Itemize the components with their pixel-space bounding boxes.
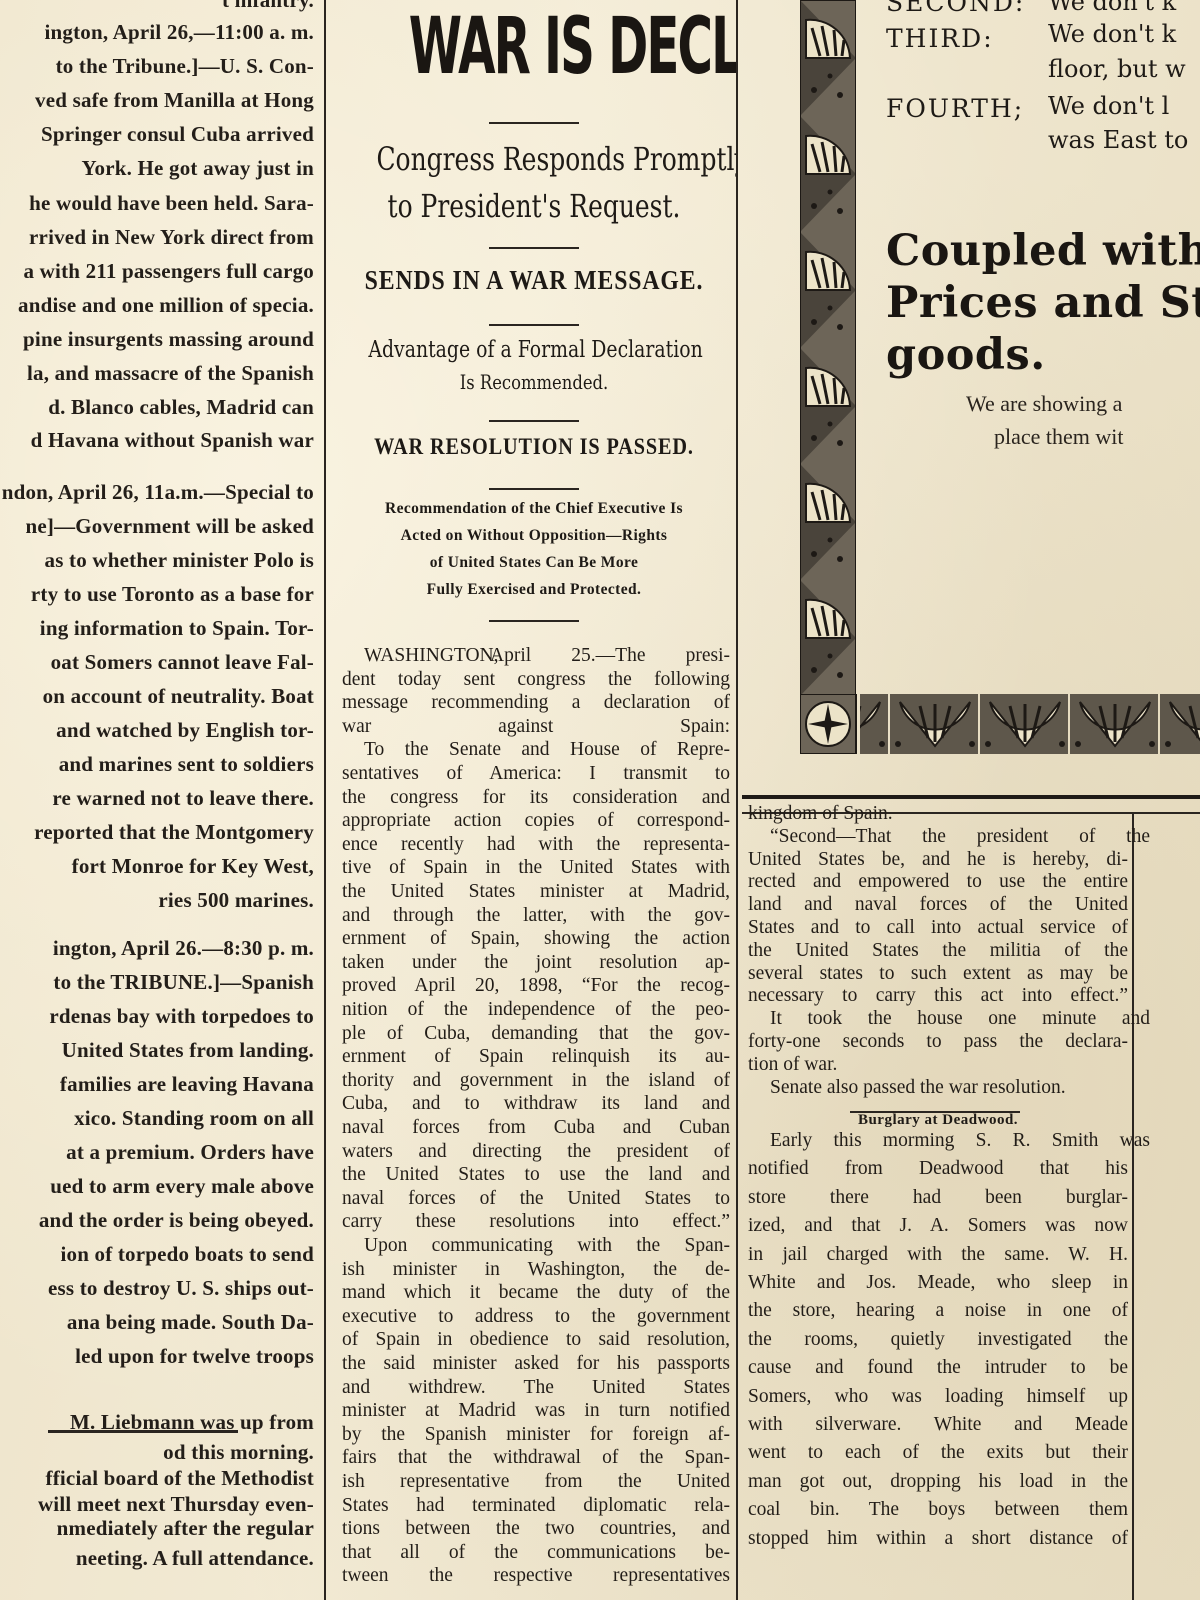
text-line: ndon, April 26, 11a.m.—Special to: [2, 480, 314, 505]
text-line: several states to such extent as may be: [748, 963, 1128, 985]
text-line: man got out, dropping his load in the: [748, 1471, 1128, 1493]
ad-headline-3: goods.: [886, 330, 1046, 380]
text-line: message recommending a declaration of: [342, 692, 730, 714]
ad-text: We don't k: [1048, 0, 1176, 16]
text-line: naval forces of the United States to: [342, 1188, 730, 1210]
text-line: la, and massacre of the Spanish: [27, 361, 314, 386]
text-line: tive of Spain in the United States with: [342, 857, 730, 879]
text-line: he would have been held. Sara-: [29, 191, 314, 216]
deck-formal-declaration-1: Advantage of a Formal Declaration: [368, 337, 699, 363]
text-line: stopped him within a short distance of: [748, 1528, 1128, 1550]
burglary-heading: Burglary at Deadwood.: [748, 1112, 1128, 1129]
deck-rule: [489, 247, 579, 249]
text-line: ing information to Spain. Tor-: [40, 616, 314, 641]
text-line: cause and found the intruder to be: [748, 1357, 1128, 1379]
text-line: To the Senate and House of Repre-: [342, 739, 730, 761]
text-line: store there had been burglar-: [748, 1187, 1128, 1209]
text-line: rected and empowered to use the entire: [748, 871, 1128, 893]
deck-rule: [489, 324, 579, 326]
text-line: ple of Cuba, demanding that the gov-: [342, 1023, 730, 1045]
text-line: will meet next Thursday even-: [38, 1492, 314, 1517]
text-line: proved April 20, 1898, “For the recog-: [342, 975, 730, 997]
section-rule-thick: [742, 795, 1200, 799]
text-line: necessary to carry this act into effect.…: [748, 985, 1128, 1007]
text-line: and watched by English tor-: [56, 718, 314, 743]
text-line: ana being made. South Da-: [67, 1310, 314, 1335]
column-separator-rule: [48, 1430, 238, 1433]
text-line: ish minister in Washington, the de-: [342, 1259, 730, 1281]
text-line: minister at Madrid was in turn notified: [342, 1400, 730, 1422]
text-line: pine insurgents massing around: [23, 327, 314, 352]
text-line: ence recently had with the representa-: [342, 834, 730, 856]
text-line: States and to call into actual service o…: [748, 917, 1128, 939]
text-line: Early this morming S. R. Smith was: [748, 1130, 1150, 1152]
left-news-column: t infantry.ington, April 26,—11:00 a. m.…: [0, 0, 322, 1600]
war-declared-article: WAR IS DECLARED. Congress Responds Promp…: [332, 0, 736, 1600]
text-line: the congress for its consideration and: [342, 787, 730, 809]
deck-rule: [489, 420, 579, 422]
text-line: United States from landing.: [62, 1038, 314, 1063]
text-line: land and naval forces of the United: [748, 894, 1128, 916]
text-line: ernment of Spain, showing the action: [342, 928, 730, 950]
text-line: the United States minister at Madrid,: [342, 881, 730, 903]
text-line: families are leaving Havana: [60, 1072, 314, 1097]
text-line: mand which it became the duty of the: [342, 1282, 730, 1304]
text-line: neeting. A full attendance.: [76, 1546, 314, 1571]
text-line: Upon communicating with the Span-: [342, 1235, 730, 1257]
text-line: It took the house one minute and: [748, 1008, 1150, 1030]
text-line: in jail charged with the same. W. H.: [748, 1244, 1128, 1266]
text-line: and withdrew. The United States: [342, 1377, 730, 1399]
summary-line-1: Recommendation of the Chief Executive Is: [332, 500, 736, 518]
ad-text: was East to: [1048, 126, 1188, 154]
text-line: ries 500 marines.: [158, 888, 314, 913]
text-line: at a premium. Orders have: [66, 1140, 314, 1165]
subhead-resolution-passed: WAR RESOLUTION IS PASSED.: [356, 434, 712, 460]
text-line: ued to arm every male above: [50, 1174, 314, 1199]
text-line: d Havana without Spanish war: [31, 428, 314, 453]
text-line: with silverware. White and Meade: [748, 1414, 1128, 1436]
text-line: Somers, who was loading himself up: [748, 1386, 1128, 1408]
text-line: of Spain in obedience to said resolution…: [342, 1329, 730, 1351]
text-line: ernment of Spain relinquish its au-: [342, 1046, 730, 1068]
column-rule-center: [736, 0, 738, 1600]
text-line: April 25.—The presi-: [490, 645, 730, 667]
text-line: ion of torpedo boats to send: [60, 1242, 314, 1267]
text-line: ington, April 26,—11:00 a. m.: [45, 20, 315, 45]
text-line: xico. Standing room on all: [74, 1106, 314, 1131]
ad-label-second: SECOND:: [886, 0, 1025, 17]
text-line: tions between the two countries, and: [342, 1518, 730, 1540]
text-line: re warned not to leave there.: [52, 786, 314, 811]
ad-headline-2: Prices and St: [886, 278, 1200, 328]
text-line: White and Jos. Meade, who sleep in: [748, 1272, 1128, 1294]
summary-line-3: of United States Can Be More: [332, 554, 736, 572]
text-line: nition of the independence of the peo-: [342, 999, 730, 1021]
text-line: Cuba, and to withdraw its land and: [342, 1093, 730, 1115]
text-line: executive to address to the government: [342, 1306, 730, 1328]
text-line: to the Tribune.]—U. S. Con-: [56, 54, 314, 79]
text-line: ved safe from Manilla at Hong: [35, 88, 314, 113]
summary-line-2: Acted on Without Opposition—Rights: [332, 527, 736, 545]
text-line: by the Spanish minister for foreign af-: [342, 1424, 730, 1446]
text-line: thority and government in the island of: [342, 1070, 730, 1092]
text-line: that all of the communications be-: [342, 1542, 730, 1564]
text-line: kingdom of Spain.: [748, 803, 1128, 825]
text-line: od this morning.: [163, 1440, 314, 1465]
text-line: a with 211 passengers full cargo: [24, 259, 314, 284]
text-line: on account of neutrality. Boat: [43, 684, 314, 709]
text-line: tween the respective representatives: [342, 1565, 730, 1587]
text-line: rdenas bay with torpedoes to: [49, 1004, 314, 1029]
text-line: notified from Deadwood that his: [748, 1158, 1128, 1180]
text-line: Springer consul Cuba arrived: [41, 122, 314, 147]
text-line: and the order is being obeyed.: [39, 1208, 314, 1233]
text-line: went to each of the exits but their: [748, 1442, 1128, 1464]
text-line: rty to use Toronto as a base for: [31, 582, 314, 607]
text-line: the United States the militia of the: [748, 940, 1128, 962]
text-line: the store, hearing a noise in one of: [748, 1300, 1128, 1322]
text-line: nmediately after the regular: [57, 1516, 314, 1541]
text-line: forty-one seconds to pass the declara-: [748, 1031, 1128, 1053]
text-line: sentatives of America: I transmit to: [342, 763, 730, 785]
ad-label-fourth: FOURTH;: [886, 94, 1024, 123]
text-line: carry these resolutions into effect.”: [342, 1211, 730, 1233]
text-line: d. Blanco cables, Madrid can: [48, 395, 314, 420]
text-line: and marines sent to soldiers: [59, 752, 314, 777]
text-line: to the TRIBUNE.]—Spanish: [53, 970, 314, 995]
text-line: the United States to use the land and: [342, 1164, 730, 1186]
text-line: ne]—Government will be asked: [25, 514, 314, 539]
ad-text: We don't l: [1048, 92, 1169, 120]
text-line: the said minister asked for his passport…: [342, 1353, 730, 1375]
text-line: appropriate action copies of correspond-: [342, 810, 730, 832]
text-line: ish representative from the United: [342, 1471, 730, 1493]
ornamental-border-icon: [800, 694, 1200, 754]
text-line: the rooms, quietly investigated the: [748, 1329, 1128, 1351]
summary-line-4: Fully Exercised and Protected.: [332, 581, 736, 599]
right-column: SECOND: THIRD: FOURTH; We don't k We don…: [742, 0, 1200, 1600]
deck-rule: [489, 620, 579, 622]
text-line: t infantry.: [222, 0, 314, 13]
text-line: war against Spain:: [342, 716, 730, 738]
deck-line-1: Congress Responds Promptly: [376, 140, 691, 178]
ad-text: We don't k: [1048, 20, 1176, 48]
text-line: tion of war.: [748, 1054, 1128, 1076]
ad-text: floor, but w: [1048, 55, 1186, 83]
ad-headline-1: Coupled with: [886, 226, 1200, 276]
text-line: led upon for twelve troops: [75, 1344, 314, 1369]
text-line: rrived in New York direct from: [29, 225, 314, 250]
text-line: York. He got away just in: [81, 156, 314, 181]
column-rule-left: [324, 0, 326, 1600]
text-line: fairs that the withdrawal of the Span-: [342, 1447, 730, 1469]
subhead-war-message: SENDS IN A WAR MESSAGE.: [356, 265, 712, 296]
text-line: reported that the Montgomery: [34, 820, 314, 845]
text-line: as to whether minister Polo is: [45, 548, 314, 573]
text-line: naval forces from Cuba and Cuban: [342, 1117, 730, 1139]
deck-formal-declaration-2: Is Recommended.: [368, 370, 699, 394]
headline-rule: [489, 122, 579, 124]
text-line: and through the latter, with the gov-: [342, 905, 730, 927]
text-line: ess to destroy U. S. ships out-: [48, 1276, 314, 1301]
ornamental-border-icon: [800, 0, 856, 700]
text-line: Senate also passed the war resolution.: [748, 1077, 1150, 1099]
deck-rule: [489, 488, 579, 490]
dateline: WASHINGTON,: [364, 645, 484, 667]
ad-subtext-2: place them wit: [994, 424, 1124, 450]
ad-subtext-1: We are showing a: [966, 391, 1122, 417]
deck-line-2: to President's Request.: [376, 187, 691, 225]
headline: WAR IS DECLARED.: [409, 2, 659, 92]
text-line: “Second—That the president of the: [748, 826, 1150, 848]
column-rule-right: [1132, 812, 1134, 1600]
ad-label-third: THIRD:: [886, 24, 994, 53]
text-line: waters and directing the president of: [342, 1141, 730, 1163]
text-line: taken under the joint resolution ap-: [342, 952, 730, 974]
text-line: oat Somers cannot leave Fal-: [51, 650, 314, 675]
text-line: ized, and that J. A. Somers was now: [748, 1215, 1128, 1237]
text-line: fficial board of the Methodist: [46, 1466, 314, 1491]
text-line: coal bin. The boys between them: [748, 1499, 1128, 1521]
text-line: ington, April 26.—8:30 p. m.: [53, 936, 314, 961]
text-line: dent today sent congress the following: [342, 669, 730, 691]
text-line: United States be, and he is hereby, di-: [748, 849, 1128, 871]
text-line: States had terminated diplomatic rela-: [342, 1495, 730, 1517]
text-line: fort Monroe for Key West,: [72, 854, 314, 879]
text-line: andise and one million of specia.: [18, 293, 314, 318]
